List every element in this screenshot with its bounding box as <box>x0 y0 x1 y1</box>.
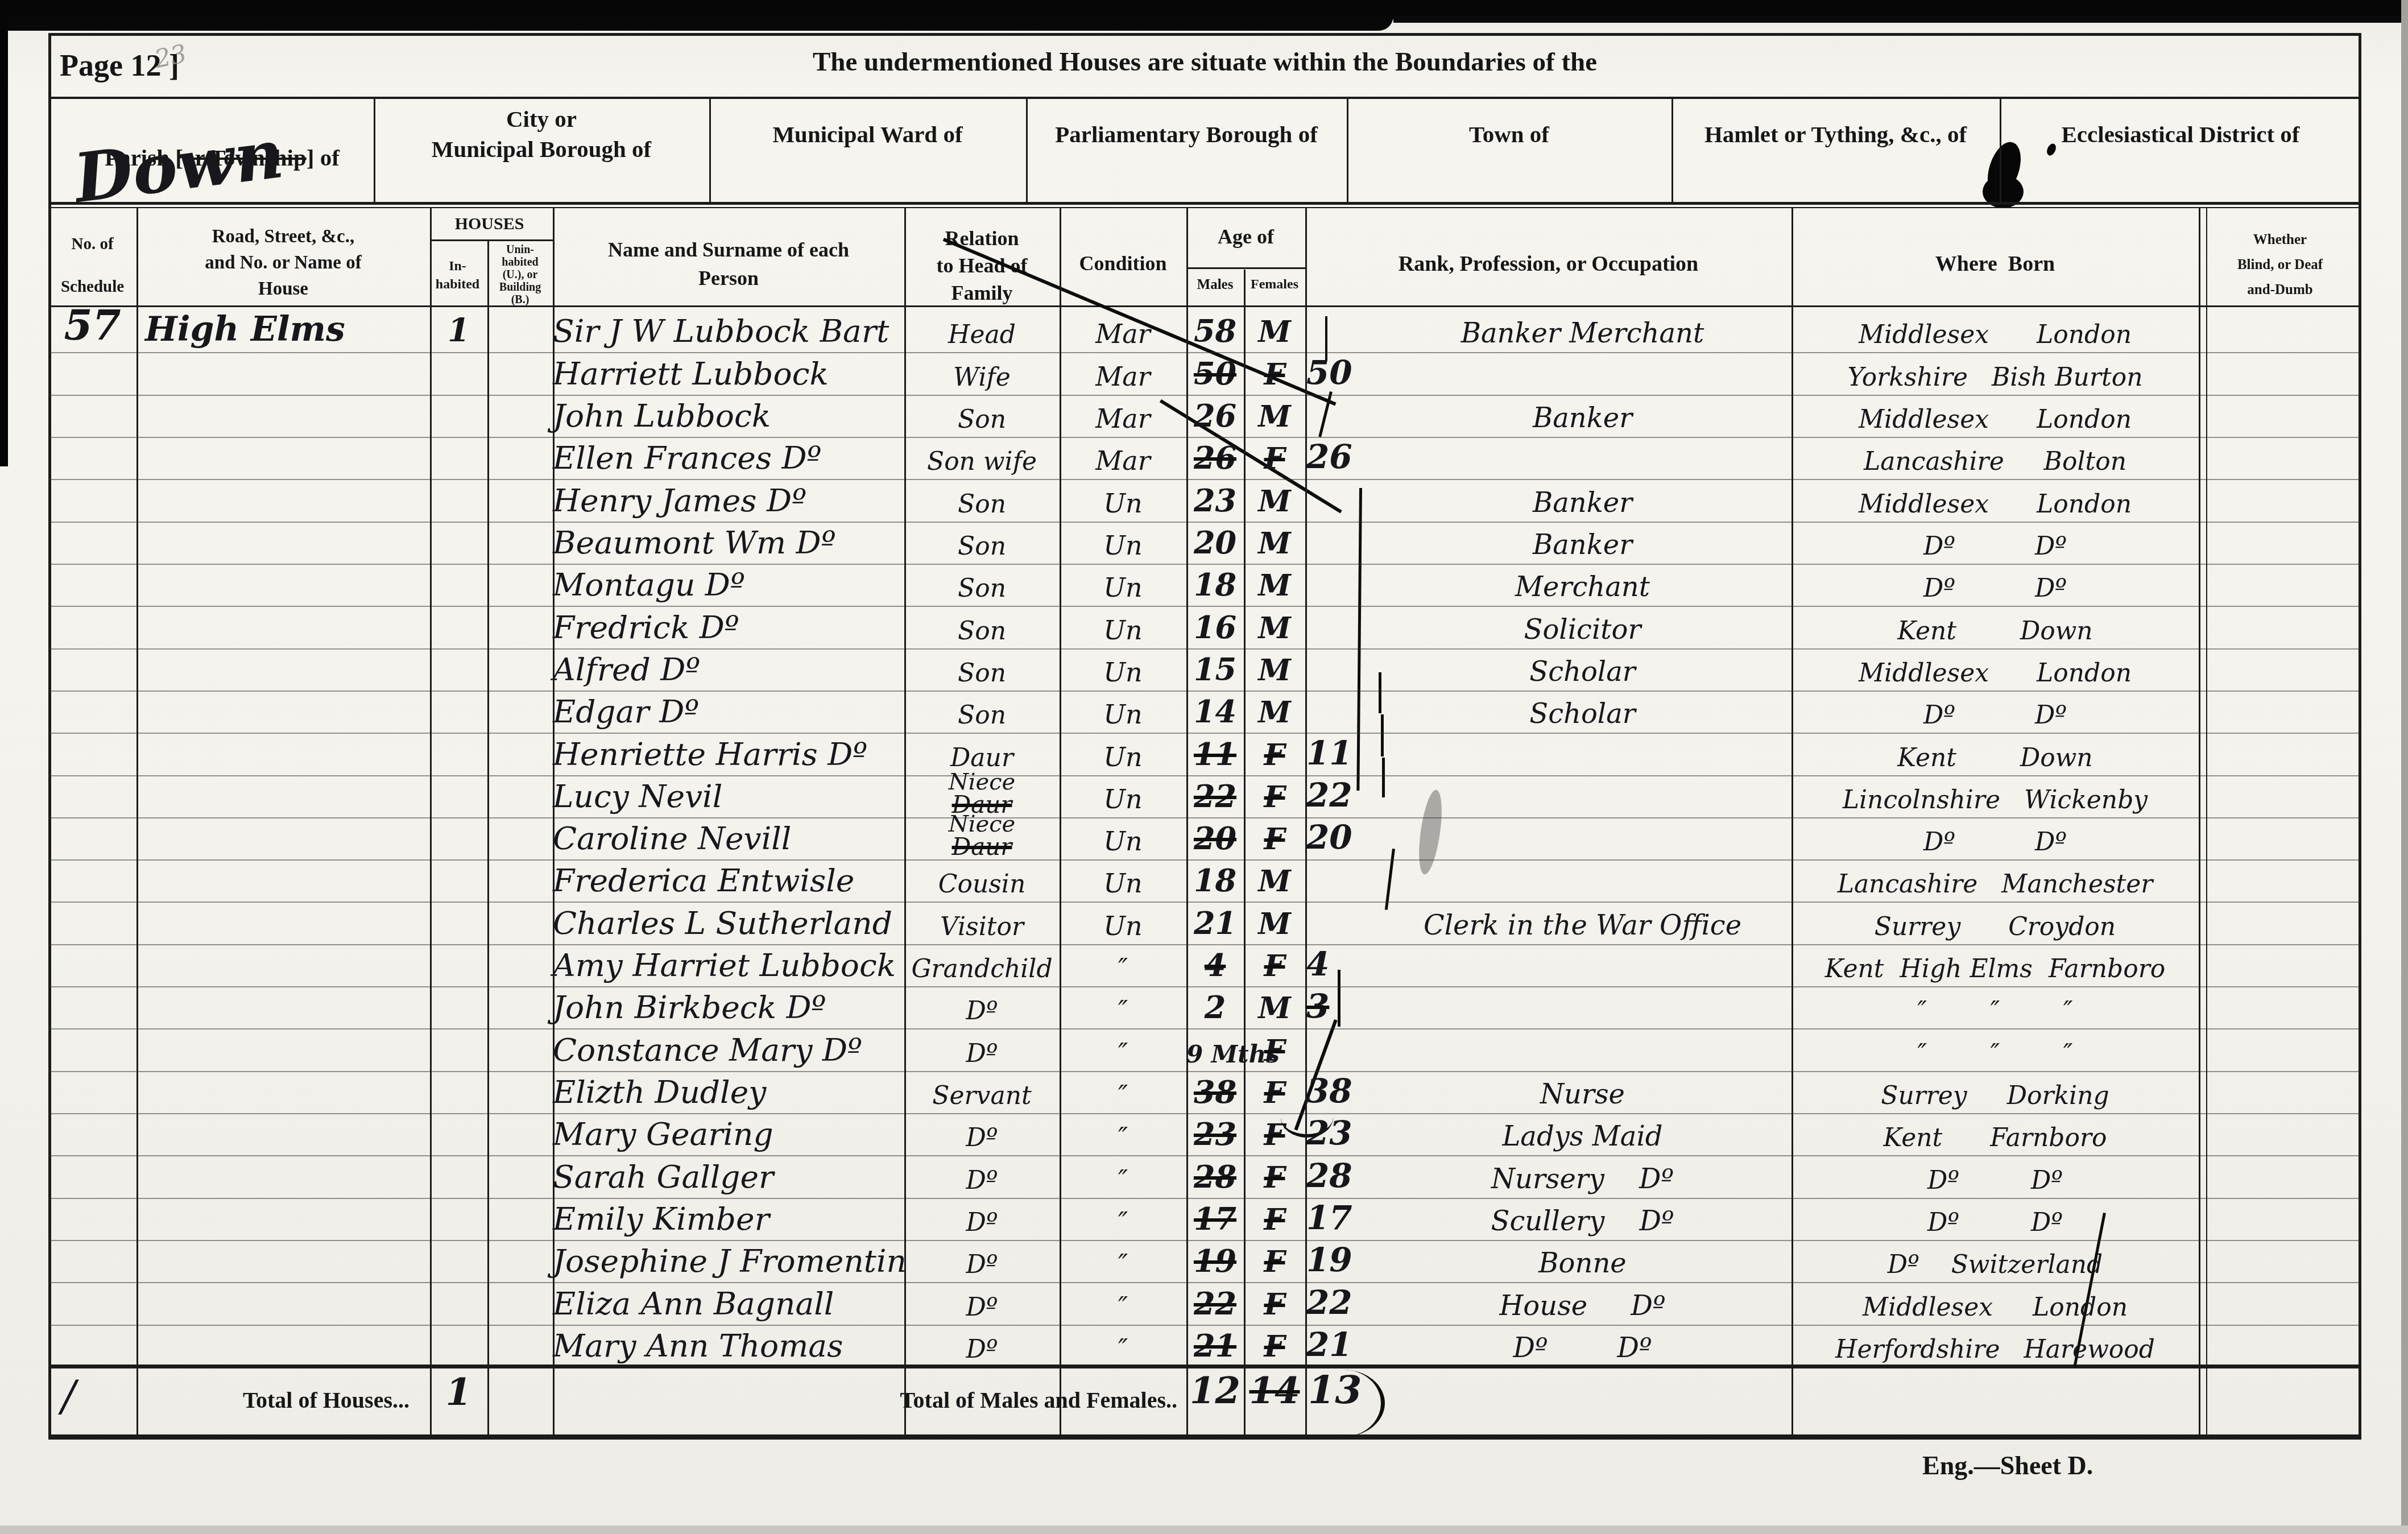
person-row: Montagu DºSonUn18MMerchantDº Dº <box>48 564 2361 606</box>
cell-where-born: Middlesex London <box>1791 405 2199 434</box>
cell-occupation: Banker <box>1373 487 1791 519</box>
cell-name: Josephine J Fromentin <box>553 1243 904 1279</box>
cell-name: Lucy Nevil <box>553 778 904 814</box>
cell-age-male: 11 <box>1186 736 1244 772</box>
cell-where-born: Lincolnshire Wickenby <box>1791 785 2199 814</box>
cell-name: Amy Harriet Lubbock <box>553 947 904 983</box>
scan-bottom-edge <box>0 1525 2408 1534</box>
person-row: Alfred DºSonUn15MScholarMiddlesex London <box>48 648 2361 690</box>
person-row: Amy Harriet LubbockGrandchild″4F4Kent Hi… <box>48 944 2361 986</box>
cell-name: Edgar Dº <box>553 693 904 730</box>
cell-where-born: Kent High Elms Farnboro <box>1791 954 2199 983</box>
cell-age-male: 17 <box>1186 1201 1244 1237</box>
cell-sex-mark: F <box>1244 949 1305 983</box>
cell-name: Elizth Dudley <box>553 1074 904 1110</box>
cell-relation: Son <box>904 617 1060 646</box>
col-uninhabited-line4: Building <box>487 281 553 294</box>
cell-age-male: 26 <box>1186 398 1244 434</box>
cell-relation: Son <box>904 574 1060 603</box>
cell-relation: Son <box>904 659 1060 688</box>
cell-age-corrected: 22 <box>1306 776 1392 814</box>
cell-sex-mark: M <box>1244 399 1305 434</box>
cell-sex-mark: M <box>1244 991 1305 1026</box>
scan-left-sliver <box>0 0 8 466</box>
person-row: Harriett LubbockWifeMar50F50Yorkshire Bi… <box>48 352 2361 394</box>
totals-females-value: 13 <box>1308 1367 1362 1413</box>
col-road-line3: House <box>136 279 430 300</box>
cell-sex-mark: F <box>1244 357 1305 392</box>
district-divider <box>1347 99 1348 202</box>
cell-where-born: Middlesex London <box>1791 320 2199 349</box>
person-row: Henry James DºSonUn23MBankerMiddlesex Lo… <box>48 479 2361 521</box>
header-parish-post: ] of <box>307 144 340 171</box>
person-row: Constance Mary DºDº″9 MthsF″ ″ ″ <box>48 1028 2361 1070</box>
cell-inhabited: 1 <box>430 312 487 349</box>
cell-age-male: 15 <box>1186 651 1244 688</box>
relation-corrected: Niece <box>949 771 1016 793</box>
cell-name: Eliza Ann Bagnall <box>553 1285 904 1322</box>
cell-name: Sir J W Lubbock Bart <box>553 313 904 349</box>
cell-condition: Mar <box>1060 361 1186 392</box>
relation-struck: Daur <box>952 836 1012 858</box>
cell-age-male: 4 <box>1186 947 1244 983</box>
cell-sex-mark: F <box>1244 1118 1305 1152</box>
cell-condition: ″ <box>1060 1248 1186 1279</box>
person-row: Edgar DºSonUn14MScholarDº Dº <box>48 690 2361 733</box>
cell-relation: Dº <box>904 1039 1060 1068</box>
totals-females-struck: 14 <box>1244 1370 1305 1412</box>
totals-houses-value: 1 <box>430 1370 487 1414</box>
cell-relation: Dº <box>904 1123 1060 1152</box>
district-divider <box>709 99 711 202</box>
cell-occupation: Scholar <box>1373 698 1791 730</box>
col-schedule-line2: Schedule <box>48 278 136 296</box>
cell-relation: Dº <box>904 1335 1060 1364</box>
cell-relation: Head <box>904 320 1060 349</box>
cell-relation: Dº <box>904 1166 1060 1195</box>
cell-occupation: Scholar <box>1373 656 1791 688</box>
cell-name: Caroline Nevill <box>553 820 904 857</box>
cell-age-male: 38 <box>1186 1074 1244 1110</box>
district-divider <box>2000 99 2001 202</box>
person-row: Fredrick DºSonUn16MSolicitorKent Down <box>48 606 2361 648</box>
cell-name: Henry James Dº <box>553 482 904 519</box>
cell-name: Henriette Harris Dº <box>553 736 904 772</box>
cell-occupation: Banker <box>1373 529 1791 561</box>
cell-occupation: Ladys Maid <box>1373 1120 1791 1152</box>
person-row: Henriette Harris DºDaurUn11F11Kent Down <box>48 733 2361 775</box>
cell-occupation: Clerk in the War Office <box>1373 909 1791 941</box>
cell-condition: Un <box>1060 826 1186 857</box>
cell-name: Ellen Frances Dº <box>553 440 904 476</box>
cell-condition: Un <box>1060 699 1186 730</box>
col-name-line1: Name and Surname of each <box>553 238 904 262</box>
col-age: Age of <box>1186 225 1305 249</box>
cell-condition: Un <box>1060 488 1186 519</box>
totals-schedule-mark: / <box>61 1372 76 1421</box>
cell-name: Charles L Sutherland <box>553 905 904 941</box>
district-divider <box>374 99 375 202</box>
person-row: Elizth DudleyServant″38F38NurseSurrey Do… <box>48 1071 2361 1113</box>
cell-age-male: 22 <box>1186 778 1244 814</box>
col-relation-line3: Family <box>904 281 1060 305</box>
cell-name: Beaumont Wm Dº <box>553 524 904 561</box>
cell-where-born: Herfordshire Harewood <box>1791 1335 2199 1364</box>
cell-name: Harriett Lubbock <box>553 355 904 392</box>
cell-sex-mark: F <box>1244 1202 1305 1237</box>
person-row: Lucy NevilNieceDaurUn22F22Lincolnshire W… <box>48 775 2361 817</box>
district-divider <box>1026 99 1028 202</box>
col-road-line1: Road, Street, &c., <box>136 226 430 247</box>
cell-name: John Birkbeck Dº <box>553 989 904 1026</box>
cell-condition: ″ <box>1060 1333 1186 1364</box>
col-born: Where Born <box>1791 251 2199 276</box>
person-row: Emily KimberDº″17F17Scullery DºDº Dº <box>48 1198 2361 1240</box>
cell-where-born: ″ ″ ″ <box>1791 1039 2199 1068</box>
cell-sex-mark: F <box>1244 441 1305 476</box>
person-row: Charles L SutherlandVisitorUn21MClerk in… <box>48 902 2361 944</box>
col-uninhabited-line3: (U.), or <box>487 268 553 282</box>
rule-under-banner <box>48 97 2361 99</box>
cell-relation: Dº <box>904 1293 1060 1322</box>
totals-persons-label: Total of Males and Females.. <box>785 1387 1177 1413</box>
cell-age-corrected: 3 <box>1306 987 1392 1026</box>
cell-condition: ″ <box>1060 995 1186 1026</box>
houses-underline <box>430 239 553 241</box>
person-row: Beaumont Wm DºSonUn20MBankerDº Dº <box>48 522 2361 564</box>
cell-sex-mark: M <box>1244 526 1305 561</box>
cell-condition: Un <box>1060 742 1186 772</box>
cell-relation: Wife <box>904 363 1060 392</box>
sheet-label: Eng.—Sheet D. <box>1922 1450 2093 1481</box>
cell-relation: Daur <box>904 743 1060 772</box>
cell-relation: Dº <box>904 1250 1060 1279</box>
cell-relation: Son <box>904 532 1060 561</box>
col-males: Males <box>1186 277 1244 293</box>
cell-name: Constance Mary Dº <box>553 1032 904 1068</box>
cell-age-male: 16 <box>1186 609 1244 646</box>
person-row: Mary Ann ThomasDº″21F21Dº DºHerfordshire… <box>48 1325 2361 1367</box>
cell-age-male: 2 <box>1186 989 1244 1026</box>
cell-schedule: 57 <box>48 301 136 349</box>
cell-sex-mark: F <box>1244 1160 1305 1195</box>
cell-occupation: Dº Dº <box>1373 1332 1791 1364</box>
cell-condition: Un <box>1060 530 1186 561</box>
cell-age-male: 20 <box>1186 820 1244 857</box>
col-rank: Rank, Profession, or Occupation <box>1305 251 1791 276</box>
cell-relation: NieceDaur <box>904 813 1060 858</box>
cell-relation: Visitor <box>904 912 1060 941</box>
cell-relation: Son <box>904 405 1060 434</box>
person-row: John Birkbeck DºDº″2M3″ ″ ″ <box>48 986 2361 1028</box>
cell-sex-mark: F <box>1244 1329 1305 1364</box>
cell-relation: Dº <box>904 997 1060 1026</box>
cell-sex-mark: F <box>1244 780 1305 814</box>
col-condition: Condition <box>1060 251 1186 275</box>
person-row: John LubbockSonMar26MBankerMiddlesex Lon… <box>48 395 2361 437</box>
cell-age-male: 23 <box>1186 1116 1244 1152</box>
cell-age-male: 28 <box>1186 1159 1244 1195</box>
cell-sex-mark: M <box>1244 695 1305 730</box>
col-blind-line1: Whether <box>2199 232 2361 248</box>
cell-age-male: 14 <box>1186 693 1244 730</box>
scan-top-band-3 <box>1393 16 2408 23</box>
cell-age-corrected: 26 <box>1306 437 1392 476</box>
cell-occupation: Merchant <box>1373 571 1791 603</box>
header-parliamentary: Parliamentary Borough of <box>1026 121 1347 148</box>
cell-where-born: Kent Farnboro <box>1791 1123 2199 1152</box>
cell-condition: ″ <box>1060 953 1186 983</box>
cell-age-corrected: 20 <box>1306 818 1392 857</box>
person-row: Sarah GallgerDº″28F28Nursery DºDº Dº <box>48 1155 2361 1197</box>
totals-males-value: 12 <box>1186 1370 1244 1412</box>
cell-condition: Un <box>1060 572 1186 603</box>
cell-name: Fredrick Dº <box>553 609 904 646</box>
cell-where-born: Middlesex London <box>1791 490 2199 519</box>
cell-age-male: 58 <box>1186 313 1244 349</box>
census-scan-page: Page 12 ] 23 The undermentioned Houses a… <box>0 0 2408 1534</box>
cell-sex-mark: M <box>1244 484 1305 519</box>
col-name-line2: Person <box>553 266 904 290</box>
cell-sex-mark: M <box>1244 568 1305 603</box>
cell-age-male: 26 <box>1186 440 1244 476</box>
cell-relation: Grandchild <box>904 954 1060 983</box>
person-row: Caroline NevillNieceDaurUn20F20Dº Dº <box>48 817 2361 859</box>
cell-sex-mark: M <box>1244 653 1305 688</box>
cell-sex-mark: F <box>1244 1033 1305 1068</box>
cell-where-born: Dº Switzerland <box>1791 1250 2199 1279</box>
age-underline <box>1186 267 1305 269</box>
cell-occupation: Solicitor <box>1373 614 1791 646</box>
cell-age-male: 23 <box>1186 482 1244 519</box>
cell-name: Sarah Gallger <box>553 1159 904 1195</box>
header-city-line2: Municipal Borough of <box>374 135 709 163</box>
cell-relation: Son <box>904 490 1060 519</box>
cell-where-born: Dº Dº <box>1791 1166 2199 1195</box>
scan-top-band-2 <box>0 16 1393 31</box>
cell-relation: Son wife <box>904 447 1060 476</box>
cell-occupation: Banker Merchant <box>1373 317 1791 349</box>
cell-name: John Lubbock <box>553 398 904 434</box>
cell-sex-mark: M <box>1244 907 1305 941</box>
scan-right-edge <box>2401 0 2408 1534</box>
cell-condition: ″ <box>1060 1122 1186 1152</box>
col-inhabited-line2: habited <box>428 277 487 292</box>
person-row: Mary GearingDº″23F23Ladys MaidKent Farnb… <box>48 1113 2361 1155</box>
rule-district-bottom-2 <box>48 207 2361 208</box>
cell-relation: Servant <box>904 1081 1060 1110</box>
cell-condition: ″ <box>1060 1164 1186 1195</box>
cell-name: Alfred Dº <box>553 651 904 688</box>
rule-header-bottom <box>48 305 2361 307</box>
header-hamlet: Hamlet or Tything, &c., of <box>1671 121 2000 148</box>
cell-occupation: Nurse <box>1373 1078 1791 1110</box>
col-uninhabited-line1: Unin- <box>487 243 553 257</box>
cell-sex-mark: M <box>1244 864 1305 899</box>
rule-district-bottom <box>48 202 2361 205</box>
cell-where-born: Dº Dº <box>1791 701 2199 730</box>
cell-relation: Dº <box>904 1208 1060 1237</box>
col-inhabited-line1: In- <box>428 259 487 274</box>
cell-name: Emily Kimber <box>553 1201 904 1237</box>
cell-condition: Un <box>1060 784 1186 814</box>
cell-occupation: House Dº <box>1373 1290 1791 1322</box>
cell-where-born: Middlesex London <box>1791 1293 2199 1322</box>
cell-age-male: 18 <box>1186 862 1244 899</box>
cell-condition: ″ <box>1060 1206 1186 1237</box>
cell-age-male: 21 <box>1186 1328 1244 1364</box>
person-row: Eliza Ann BagnallDº″22F22House DºMiddles… <box>48 1282 2361 1324</box>
person-row: Josephine J FromentinDº″19F19BonneDº Swi… <box>48 1240 2361 1282</box>
cell-where-born: Dº Dº <box>1791 532 2199 561</box>
col-uninhabited-line5: (B.) <box>487 293 553 307</box>
cell-age-corrected: 11 <box>1306 734 1392 772</box>
cell-where-born: Lancashire Manchester <box>1791 870 2199 899</box>
cell-sex-mark: F <box>1244 1244 1305 1279</box>
cell-age-corrected: 50 <box>1306 353 1392 392</box>
cell-name: Frederica Entwisle <box>553 862 904 899</box>
cell-condition: ″ <box>1060 1037 1186 1068</box>
cell-where-born: Dº Dº <box>1791 828 2199 857</box>
cell-name: Mary Gearing <box>553 1116 904 1152</box>
cell-where-born: Yorkshire Bish Burton <box>1791 363 2199 392</box>
cell-where-born: Kent Down <box>1791 617 2199 646</box>
person-row: Frederica EntwisleCousinUn18MLancashire … <box>48 859 2361 902</box>
cell-sex-mark: M <box>1244 611 1305 646</box>
cell-occupation: Nursery Dº <box>1373 1163 1791 1195</box>
cell-condition: Un <box>1060 911 1186 941</box>
person-row: Ellen Frances DºSon wifeMar26F26Lancashi… <box>48 437 2361 479</box>
col-houses: HOUSES <box>426 214 553 234</box>
relation-corrected: Niece <box>949 813 1016 836</box>
header-city-line1: City or <box>374 105 709 133</box>
cell-condition: Mar <box>1060 319 1186 349</box>
cell-occupation: Banker <box>1373 402 1791 434</box>
cell-condition: ″ <box>1060 1080 1186 1110</box>
cell-sex-mark: M <box>1244 315 1305 349</box>
rule-top <box>48 33 2361 36</box>
header-town: Town of <box>1347 121 1671 148</box>
cell-where-born: Dº Dº <box>1791 1208 2199 1237</box>
cell-where-born: Lancashire Bolton <box>1791 447 2199 476</box>
person-row: 57High Elms1Sir J W Lubbock BartHeadMar5… <box>48 310 2361 352</box>
col-relation-line1: Relation <box>904 226 1060 250</box>
rule-bottom <box>48 1434 2361 1440</box>
col-blind-line3: and-Dumb <box>2199 282 2361 298</box>
cell-condition: ″ <box>1060 1291 1186 1322</box>
cell-relation: Son <box>904 701 1060 730</box>
cell-age-male: 9 Mths <box>1186 1040 1244 1068</box>
cell-age-male: 21 <box>1186 905 1244 941</box>
district-divider <box>1671 99 1673 202</box>
cell-occupation: Scullery Dº <box>1373 1205 1791 1237</box>
cell-condition: Mar <box>1060 403 1186 434</box>
cell-condition: Un <box>1060 868 1186 899</box>
cell-where-born: Surrey Croydon <box>1791 912 2199 941</box>
cell-age-male: 18 <box>1186 567 1244 603</box>
cell-relation: NieceDaur <box>904 771 1060 816</box>
totals-houses-label: Total of Houses... <box>114 1387 409 1413</box>
cell-sex-mark: F <box>1244 822 1305 857</box>
col-blind-line2: Blind, or Deaf <box>2199 257 2361 273</box>
cell-where-born: Middlesex London <box>1791 659 2199 688</box>
col-road-line2: and No. or Name of <box>136 253 430 274</box>
cell-sex-mark: F <box>1244 738 1305 772</box>
col-females: Females <box>1244 277 1305 292</box>
col-uninhabited-line2: habited <box>487 256 553 269</box>
cell-sex-mark: F <box>1244 1076 1305 1110</box>
cell-where-born: Surrey Dorking <box>1791 1081 2199 1110</box>
col-schedule-line1: No. of <box>48 235 136 254</box>
cell-occupation: Bonne <box>1373 1247 1791 1279</box>
cell-name: Mary Ann Thomas <box>553 1328 904 1364</box>
cell-age-male: 19 <box>1186 1243 1244 1279</box>
cell-age-male: 20 <box>1186 524 1244 561</box>
banner-title: The undermentioned Houses are situate wi… <box>48 47 2361 77</box>
cell-age-male: 22 <box>1186 1285 1244 1322</box>
header-ward: Municipal Ward of <box>709 121 1026 148</box>
cell-condition: Mar <box>1060 445 1186 476</box>
cell-relation: Cousin <box>904 870 1060 899</box>
cell-age-corrected: 4 <box>1306 945 1392 983</box>
cell-where-born: Dº Dº <box>1791 574 2199 603</box>
cell-name: Montagu Dº <box>553 567 904 603</box>
cell-condition: Un <box>1060 615 1186 646</box>
cell-where-born: ″ ″ ″ <box>1791 997 2199 1026</box>
cell-age-male: 50 <box>1186 355 1244 392</box>
cell-condition: Un <box>1060 657 1186 688</box>
cell-road: High Elms <box>145 309 429 349</box>
cell-where-born: Kent Down <box>1791 743 2199 772</box>
cell-sex-mark: F <box>1244 1287 1305 1322</box>
